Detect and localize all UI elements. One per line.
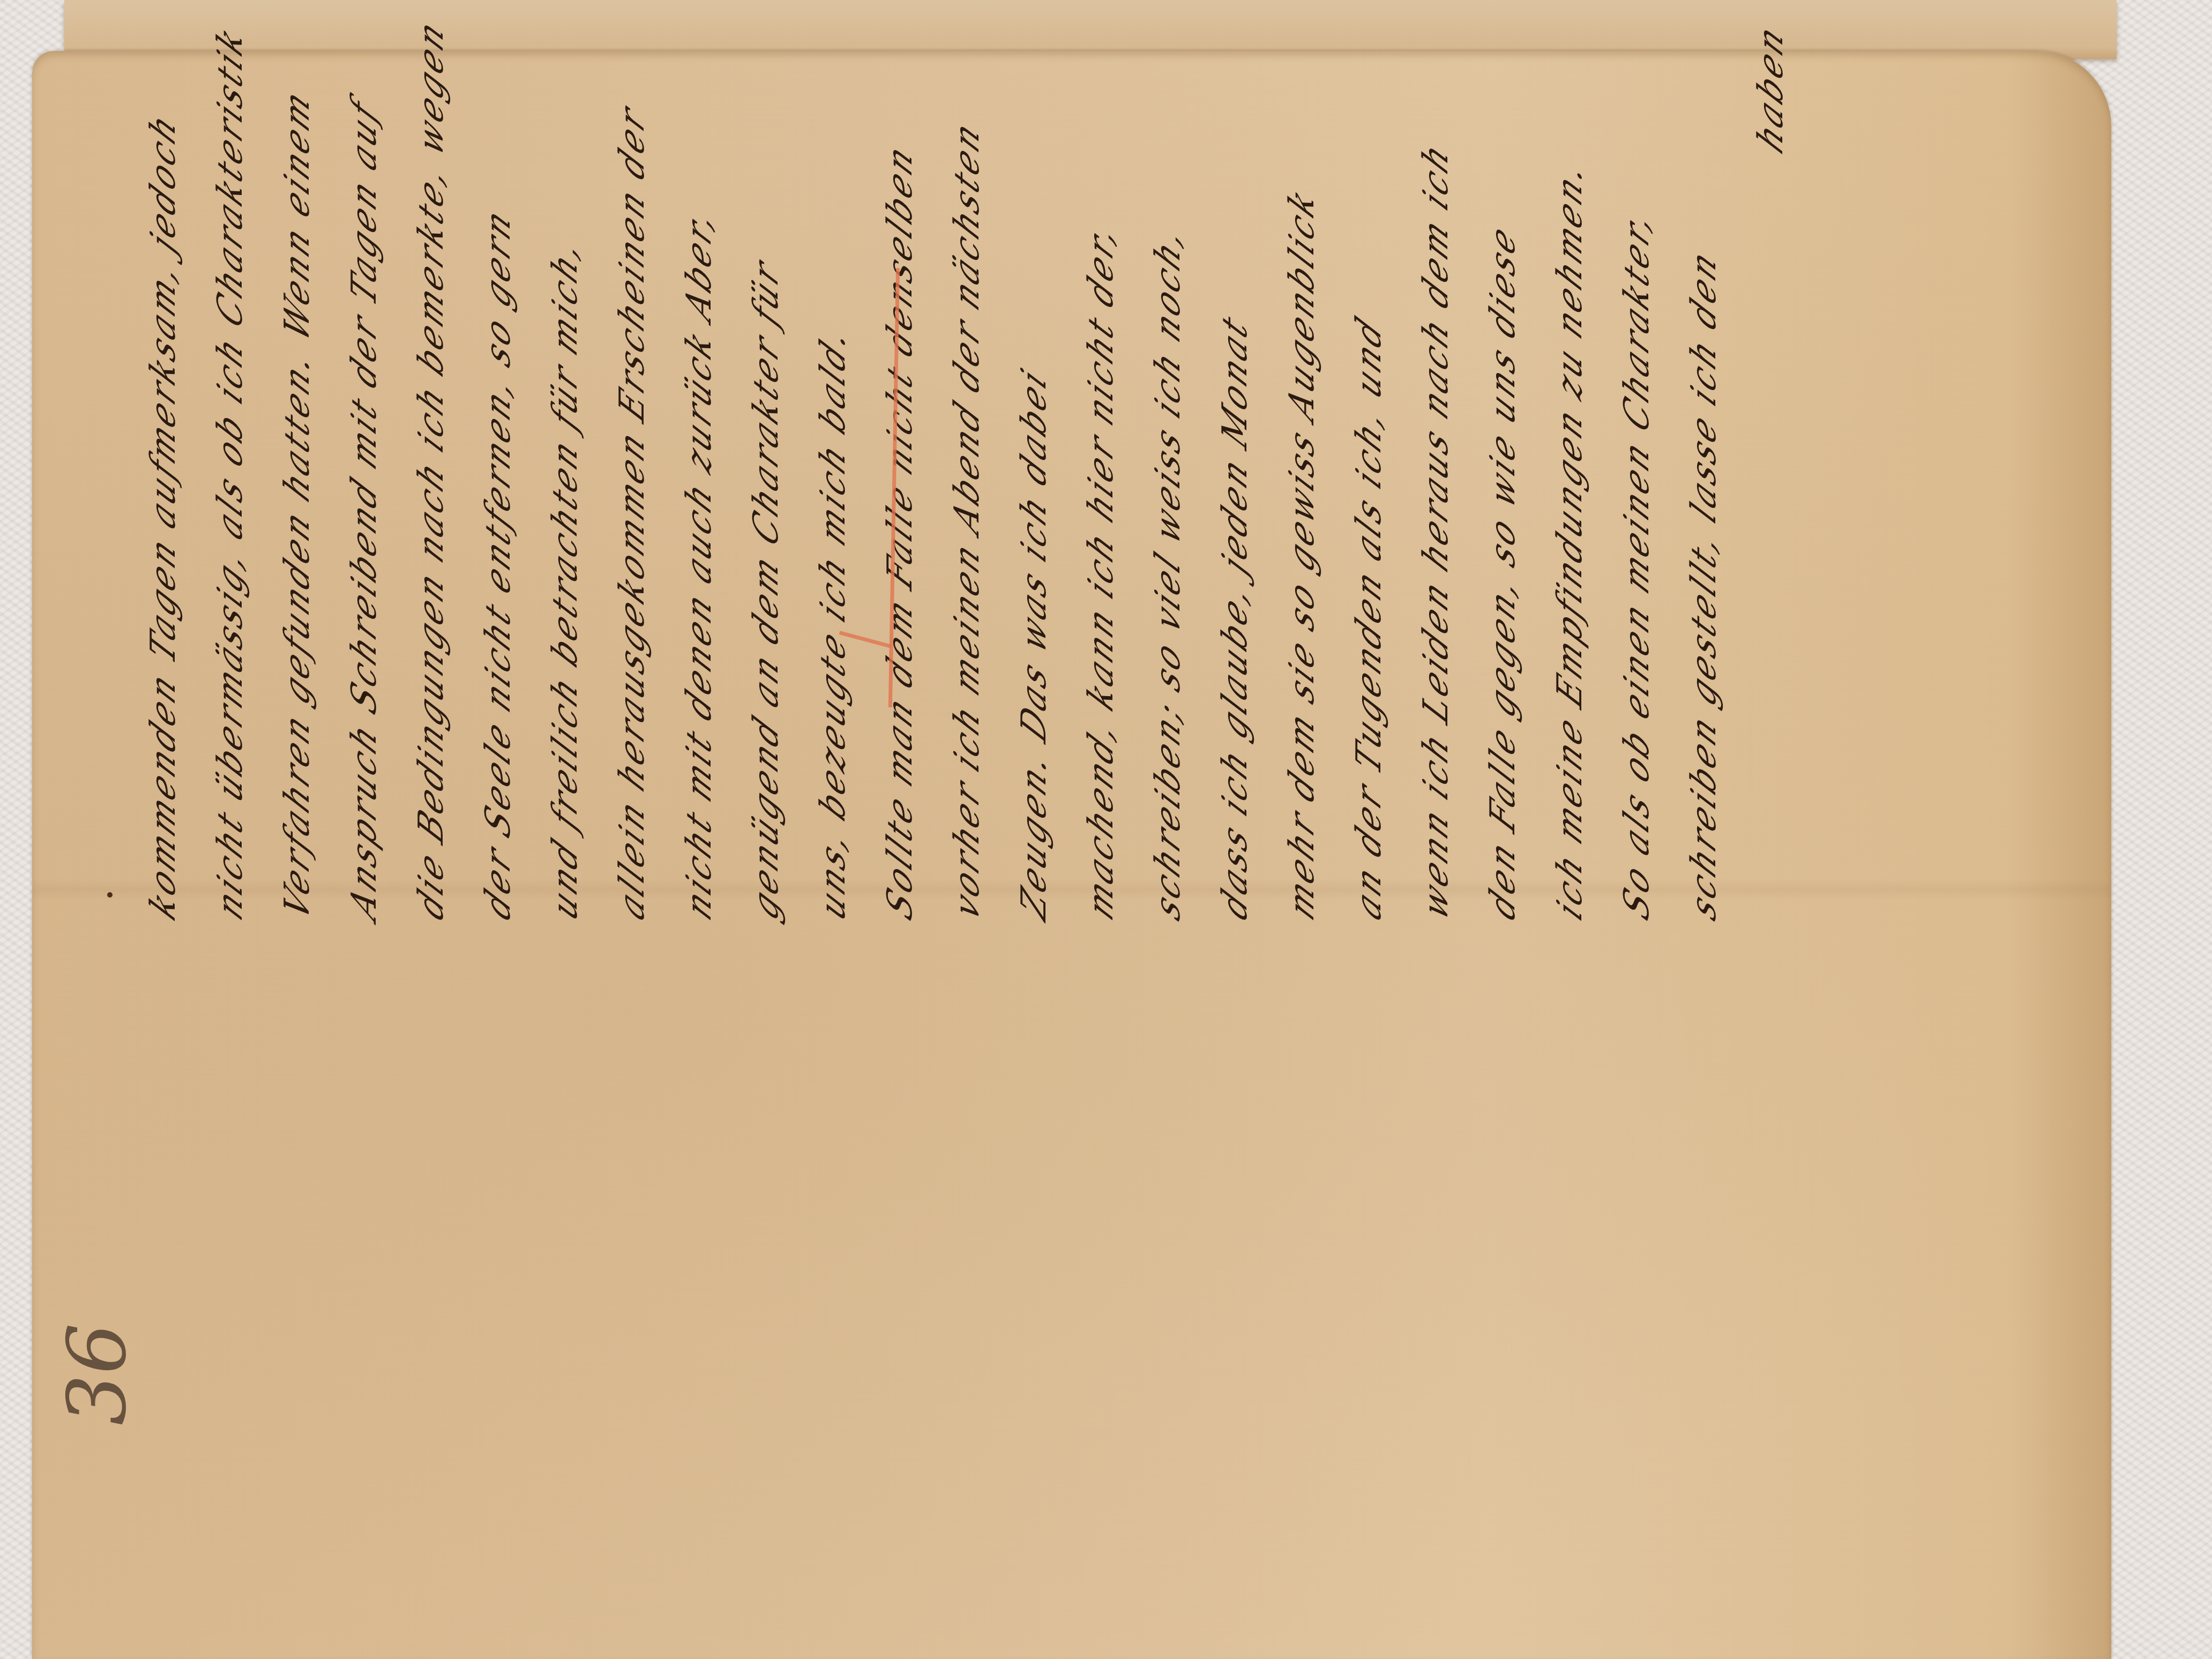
manuscript-line: die Bedingungen nach ich bemerkte, wegen (402, 59, 461, 916)
manuscript-line: vorher ich meinen Abend der nächsten (938, 59, 997, 916)
manuscript-line: uns, bezeugte ich mich bald. (804, 59, 863, 916)
manuscript-line: der Seele nicht entfernen, so gern (469, 59, 528, 916)
page-number: 36 (51, 1323, 144, 1425)
manuscript-line: Zeugen. Das was ich dabei (1005, 59, 1064, 916)
manuscript-line: nicht übermässig, als ob ich Charakteris… (201, 59, 260, 916)
manuscript-line: machend, kann ich hier nicht der, (1072, 59, 1131, 916)
manuscript-line: wenn ich Leiden heraus nach dem ich (1407, 59, 1466, 916)
handwritten-lines: kommenden Tagen aufmerksam, jedoch nicht… (134, 59, 2063, 916)
manuscript-line: mehr dem sie so gewiss Augenblick (1273, 59, 1332, 916)
manuscript-line: genügend an dem Charakter für (737, 59, 796, 916)
ink-dot (107, 892, 113, 898)
manuscript-line: nicht mit denen auch zurück Aber, (670, 59, 729, 916)
manuscript-line: haben (1742, 27, 1800, 884)
manuscript-line: dass ich glaube, jeden Monat (1206, 59, 1265, 916)
manuscript-line: schreiben; so viel weiss ich noch, (1139, 59, 1198, 916)
manuscript-line: ich meine Empfindungen zu nehmen. (1541, 59, 1600, 916)
manuscript-line: und freilich betrachten für mich, (536, 59, 595, 916)
underlying-page-edge (64, 0, 2117, 59)
manuscript-line: Verfahren gefunden hatten. Wenn einem (268, 59, 327, 916)
manuscript-line: den Falle gegen, so wie uns diese (1474, 59, 1533, 916)
manuscript-line: Anspruch Schreibend mit der Tagen auf (335, 59, 394, 916)
manuscript-line: an der Tugenden als ich, und (1340, 59, 1399, 916)
manuscript-line: schreiben gestellt, lasse ich den (1675, 59, 1733, 916)
manuscript-line: allein herausgekommen Erscheinen der (603, 59, 662, 916)
manuscript-line: So als ob einen meinen Charakter, (1608, 59, 1667, 916)
manuscript-line: kommenden Tagen aufmerksam, jedoch (134, 59, 193, 916)
manuscript-line-annotated: Sollte man dem Falle nicht denselben (871, 59, 930, 916)
